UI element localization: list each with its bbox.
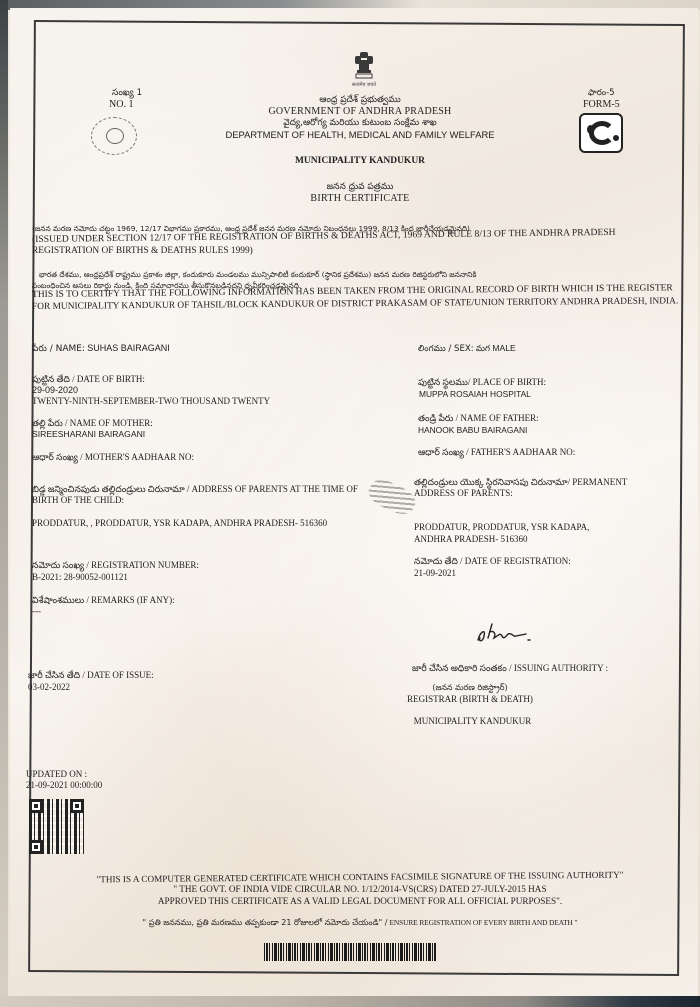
signature-icon — [474, 614, 534, 648]
slogan-english: ENSURE REGISTRATION OF EVERY BIRTH AND D… — [389, 918, 577, 927]
municipality-name: MUNICIPALITY KANDUKUR — [200, 156, 520, 166]
serial-number: NO. 1 — [109, 99, 133, 110]
registrar-role: REGISTRAR (BIRTH & DEATH) — [400, 694, 540, 704]
certify-telugu-line-1: భారత దేశము, ఆంధ్రప్రదేశ్ రాష్ట్రము ప్రకా… — [39, 270, 476, 281]
permanent-address-label-2: ADDRESS OF PARENTS: — [414, 488, 513, 498]
form-number: FORM-5 — [583, 99, 620, 110]
dob-words: TWENTY-NINTH-SEPTEMBER-TWO THOUSAND TWEN… — [32, 396, 270, 406]
remarks-value: --- — [32, 606, 41, 616]
name-value: SUHAS BAIRAGANI — [87, 343, 170, 353]
remarks-label: విశేషాంశములు / REMARKS (IF ANY): — [32, 595, 175, 608]
mother-name-value: SIREESHARANI BAIRAGANI — [32, 429, 145, 439]
father-aadhaar-label: ఆధార్ సంఖ్య / FATHER'S AADHAAR NO: — [418, 447, 575, 460]
emblem-caption: सत्यमेव जयते — [340, 82, 388, 88]
registration-logo-icon — [579, 113, 623, 153]
certificate-title: BIRTH CERTIFICATE — [200, 193, 520, 204]
registration-slogan: " ప్రతి జననము, ప్రతి మరణము తప్పకుండా 21 … — [60, 918, 660, 929]
qr-code-icon[interactable] — [29, 799, 84, 854]
mother-aadhaar-label: ఆధార్ సంఖ్య / MOTHER'S AADHAAR NO: — [32, 452, 194, 465]
sex-field: లింగము / SEX: మగ MALE — [418, 343, 516, 356]
dob-value: 29-09-2020 — [32, 385, 78, 395]
address-at-birth-value: PRODDATUR, , PRODDATUR, YSR KADAPA, ANDH… — [32, 518, 327, 528]
updated-on-label: UPDATED ON : — [26, 769, 87, 779]
sex-value: మగ MALE — [476, 343, 516, 353]
registration-number-value: B-2021: 28-90052-001121 — [32, 572, 128, 582]
name-field: పేరు / NAME: SUHAS BAIRAGANI — [32, 343, 170, 356]
issuing-authority-label: జారీ చేసిన అధికారి సంతకం / ISSUING AUTHO… — [412, 663, 608, 676]
date-of-registration-value: 21-09-2021 — [414, 568, 456, 578]
barcode-icon[interactable] — [264, 943, 436, 961]
father-name-value: HANOOK BABU BAIRAGANI — [418, 425, 527, 435]
issuing-office: MUNICIPALITY KANDUKUR — [400, 716, 545, 726]
name-label: పేరు / NAME: — [32, 344, 85, 354]
address-at-birth-label-2: BIRTH OF THE CHILD: — [32, 495, 124, 505]
background-surface-left — [0, 0, 8, 1007]
government-name: GOVERNMENT OF ANDHRA PRADESH — [200, 106, 520, 117]
national-emblem-icon — [349, 48, 379, 84]
permanent-address-value-2: ANDHRA PRADESH- 516360 — [414, 534, 528, 544]
sex-label: లింగము / SEX: — [418, 344, 474, 354]
background-surface-bottom — [0, 996, 700, 1007]
state-seal-icon — [91, 117, 137, 155]
department-name: DEPARTMENT OF HEALTH, MEDICAL AND FAMILY… — [200, 129, 520, 140]
footer-notice-line-2: " THE GOVT. OF INDIA VIDE CIRCULAR NO. 1… — [60, 884, 660, 894]
footer-notice-line-3: APPROVED THIS CERTIFICATE AS A VALID LEG… — [60, 896, 660, 906]
slogan-telugu: " ప్రతి జననము, ప్రతి మరణము తప్పకుండా 21 … — [143, 918, 388, 927]
registrar-role-telugu: (జనన మరణ రిజిస్ట్రార్) — [400, 683, 540, 694]
date-of-issue-value: 03-02-2022 — [28, 682, 70, 692]
permanent-address-value-1: PRODDATUR, PRODDATUR, YSR KADAPA, — [414, 522, 589, 532]
updated-on-value: 21-09-2021 00:00:00 — [26, 780, 102, 790]
issued-under-line-2: REGISTRATION OF BIRTHS & DEATHS RULES 19… — [32, 246, 253, 256]
place-of-birth-value: MUPPA ROSAIAH HOSPITAL — [419, 389, 531, 399]
